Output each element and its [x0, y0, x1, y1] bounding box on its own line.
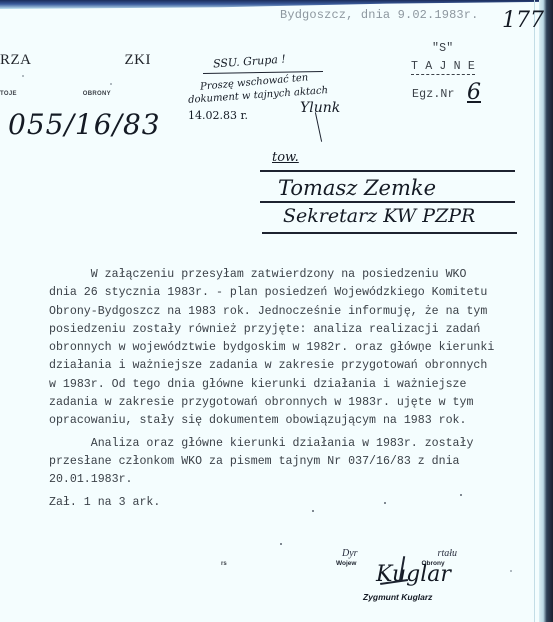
- signatory-name: Zygmunt Kuglarz: [363, 592, 432, 602]
- letter-body: W załączeniu przesyłam zatwierdzony na p…: [49, 266, 529, 512]
- body-line: zadania w zakresie przygotowań obronnych…: [49, 394, 529, 412]
- body-line: posiedzeniu zostały również przyjęte: an…: [49, 321, 529, 339]
- classification-label: T A J N E: [411, 60, 475, 75]
- copy-number: 6: [467, 80, 481, 105]
- body-line: działania i ważniejsze zadania w zakresi…: [49, 357, 529, 375]
- recipient-salutation: tow.: [272, 150, 299, 165]
- margin-mark: rs: [221, 561, 227, 567]
- recipient-line-3: [262, 232, 517, 234]
- body-line: dnia 26 stycznia 1983r. - plan posiedzeń…: [49, 284, 529, 302]
- note-date: 14.02.83 r.: [188, 109, 248, 122]
- note-signature-stroke: [315, 112, 322, 142]
- page-number-handwritten: 177: [502, 8, 544, 33]
- place-date: Bydgoszcz, dnia 9.02.1983r.: [280, 8, 478, 22]
- body-line: Analiza oraz główne kierunki działania w…: [49, 435, 529, 453]
- body-line: w 1983r. Od tego dnia główne kierunki dz…: [49, 376, 529, 394]
- recipient-title: Sekretarz KW PZPR: [283, 205, 475, 227]
- body-line: obronnych w województwie bydgoskim w 198…: [49, 339, 529, 357]
- note-signature: Ylunk: [300, 100, 340, 116]
- scan-speck: [420, 350, 422, 352]
- body-line: 20.01.1983r.: [49, 471, 529, 489]
- sender-stamp-title: RZA ZKI: [0, 52, 151, 69]
- stamp-fragment: [110, 83, 112, 85]
- scan-speck: [384, 502, 386, 504]
- signatory-title-line-1: Dyr rtału: [342, 548, 457, 559]
- scan-speck: [280, 543, 282, 545]
- copy-label: Egz.Nr: [412, 88, 455, 101]
- recipient-line-2: [260, 201, 515, 203]
- body-line: W załączeniu przesyłam zatwierdzony na p…: [49, 266, 529, 284]
- page-edge-line: [534, 0, 535, 622]
- scan-speck: [460, 494, 462, 496]
- note-line-1: SSU. Grupa !: [213, 52, 287, 70]
- body-line: opracowaniu, stały się dokumentem obowią…: [49, 412, 529, 430]
- attachment-note: Zał. 1 na 3 ark.: [49, 494, 529, 512]
- sender-stamp-subtitle: TOJE OBRONY: [0, 91, 111, 97]
- scan-right-edge: [539, 0, 553, 622]
- scan-speck: [312, 510, 314, 512]
- body-line: Obrony-Bydgoszcz na 1983 rok. Jednocześn…: [49, 303, 529, 321]
- reference-number-handwritten: 055/16/83: [8, 108, 161, 141]
- recipient-line-1: [260, 170, 515, 172]
- scan-speck: [510, 570, 512, 572]
- stamp-fragment: [22, 75, 24, 77]
- classification-mark: "S": [432, 42, 453, 55]
- recipient-name: Tomasz Zemke: [278, 176, 436, 200]
- body-line: przesłane członkom WKO za pismem tajnym …: [49, 453, 529, 471]
